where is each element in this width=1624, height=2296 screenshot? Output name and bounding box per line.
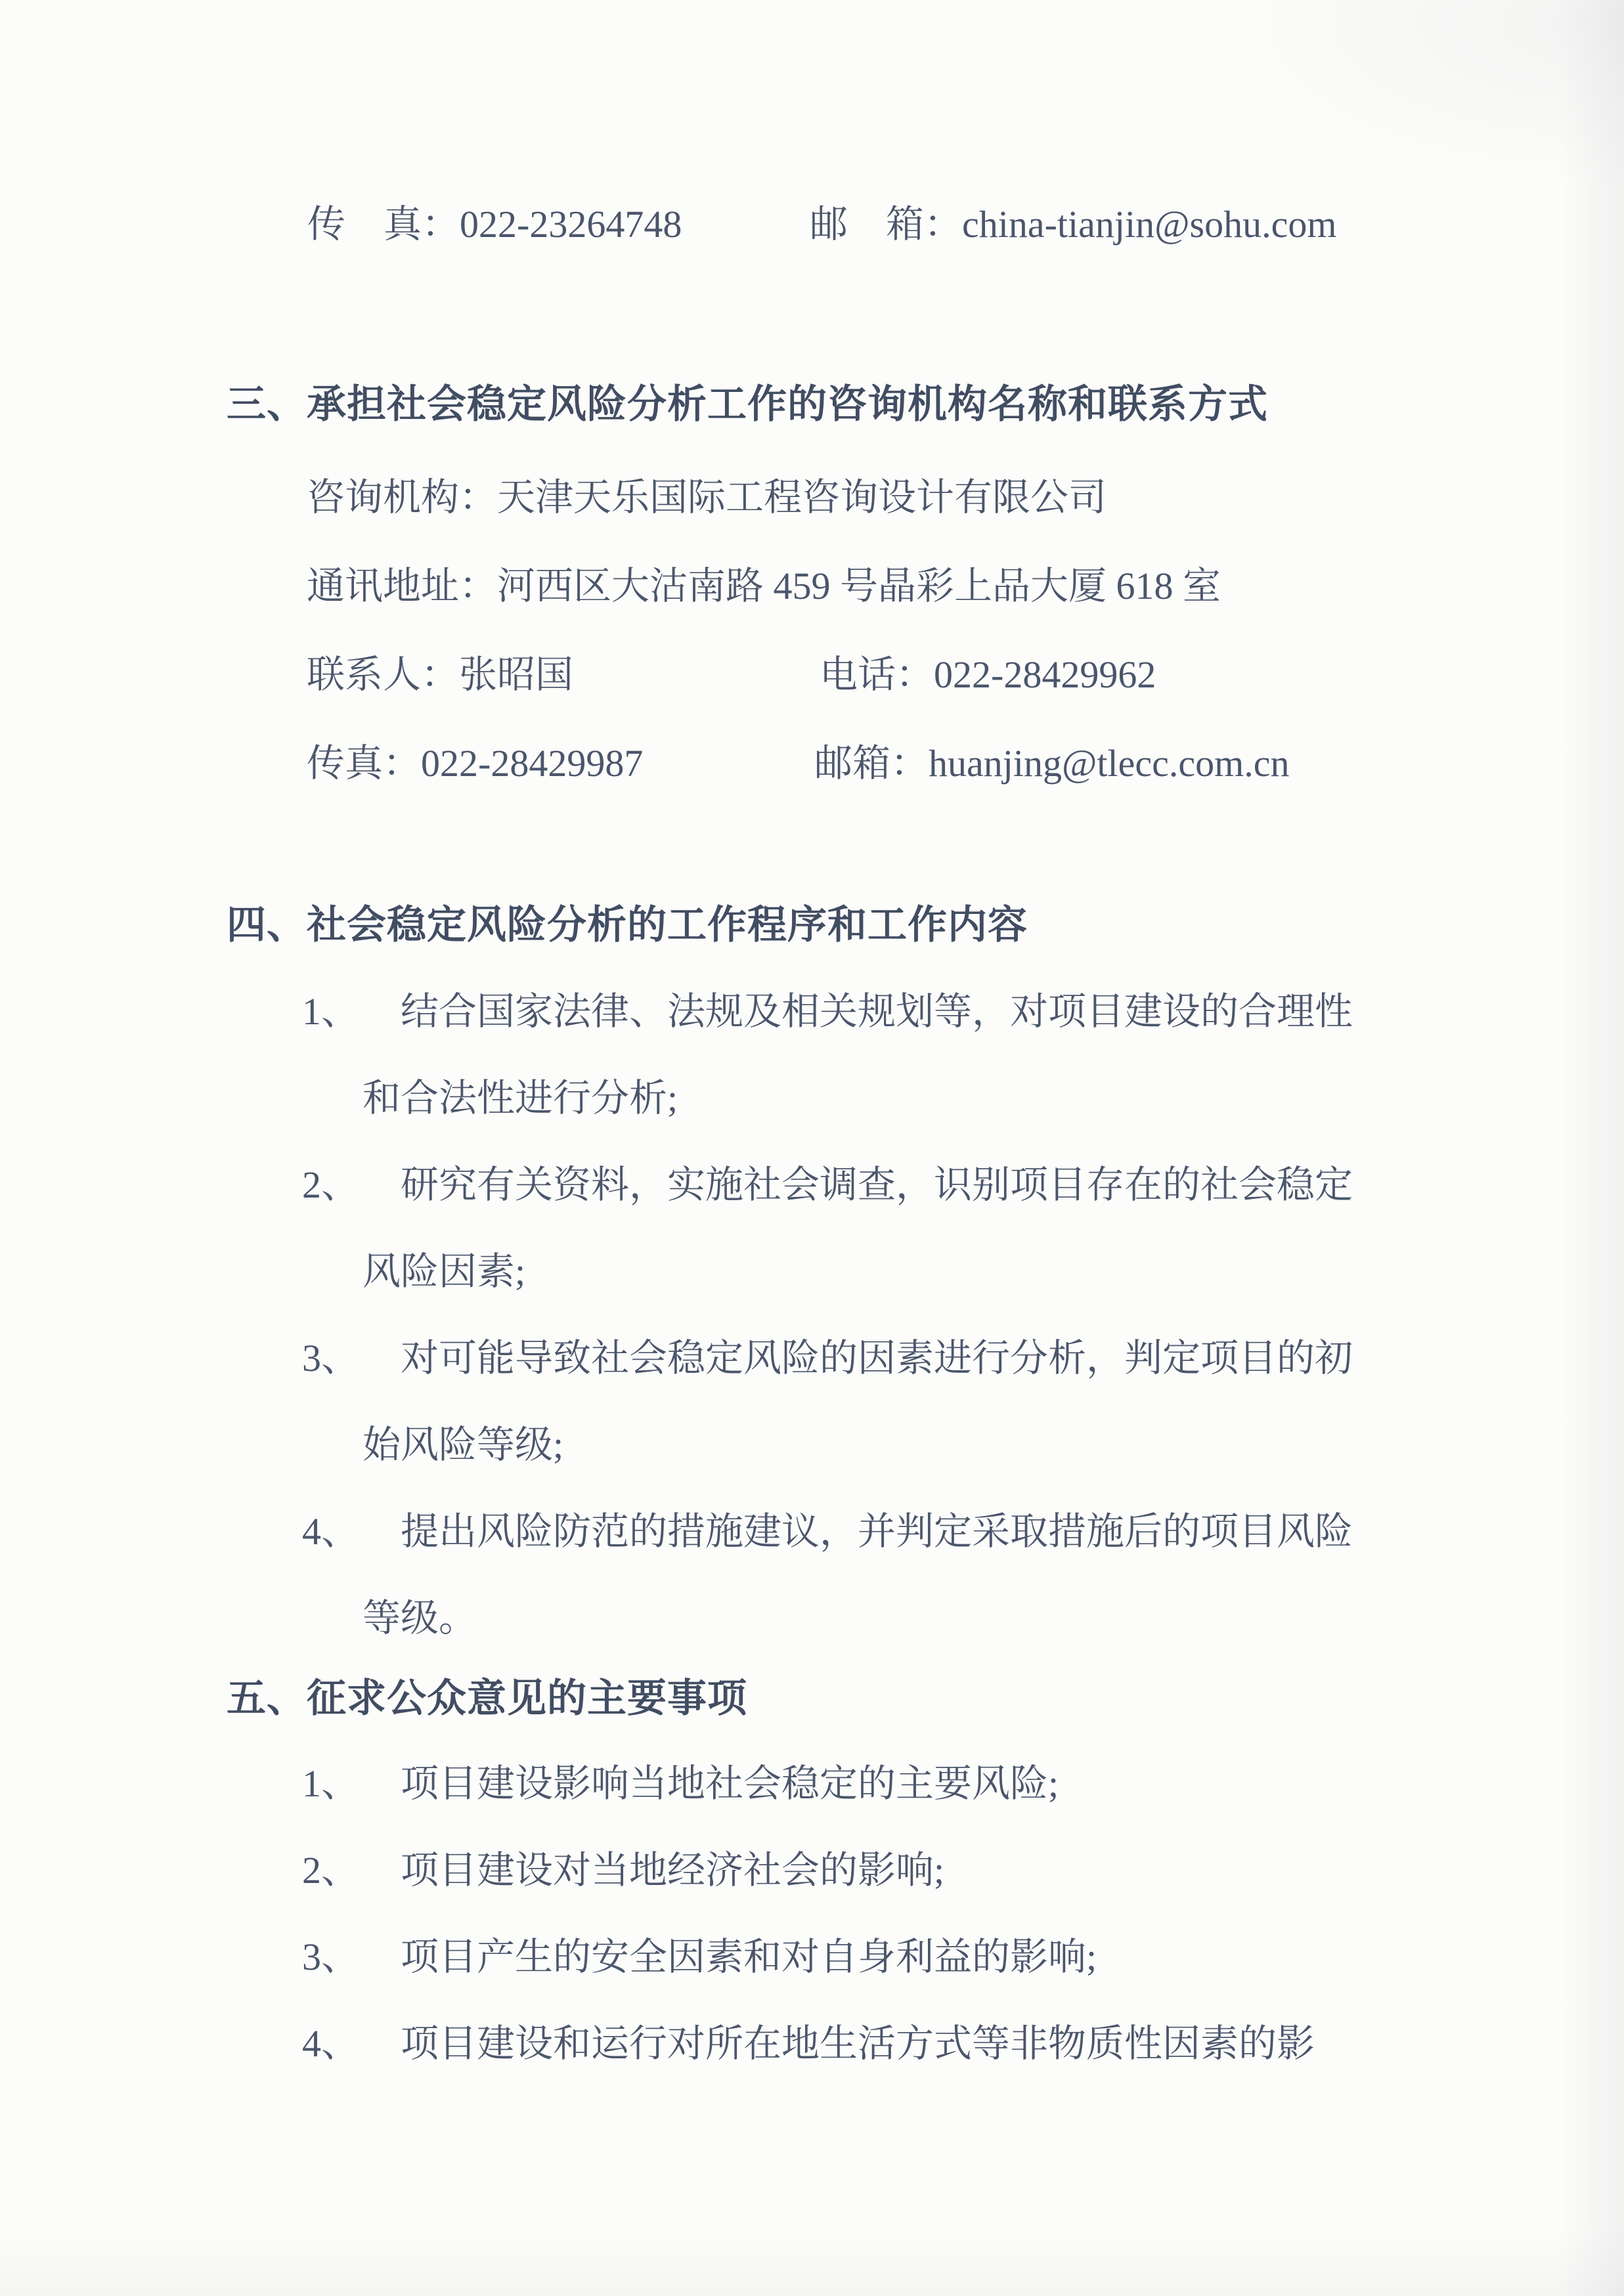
top-fax-label: 传 真：: [307, 203, 460, 246]
top-email-address: china-tianjin@sohu.com: [962, 203, 1336, 246]
contact-field: 联系人：张昭国: [307, 655, 573, 695]
phone-number: 022-28429962: [934, 653, 1156, 696]
contact-phone-row: 联系人：张昭国 电话：022-28429962: [0, 655, 1624, 701]
contact-label: 联系人：: [307, 653, 459, 696]
list-item: 3、项目产生的安全因素和对自身利益的影响;: [362, 1914, 1377, 2001]
list-item: 1、项目建设影响当地社会稳定的主要风险;: [362, 1741, 1377, 1827]
email-field: 邮箱：huanjing@tlecc.com.cn: [814, 744, 1289, 784]
list-item: 4、提出风险防范的措施建议，并判定采取措施后的项目风险等级。: [362, 1488, 1377, 1662]
list-item-text: 项目产生的安全因素和对自身利益的影响;: [401, 1936, 1097, 1978]
list-item: 4、项目建设和运行对所在地生活方式等非物质性因素的影: [362, 2001, 1377, 2087]
section-five-heading: 五、征求公众意见的主要事项: [227, 1678, 747, 1720]
list-item: 2、项目建设对当地经济社会的影响;: [362, 1827, 1377, 1914]
list-item-number: 3、: [302, 1315, 359, 1402]
top-fax-number: 022-23264748: [460, 203, 682, 246]
list-item-number: 1、: [302, 968, 359, 1055]
address-field: 通讯地址：河西区大沽南路 459 号晶彩上品大厦 618 室: [307, 567, 1221, 607]
list-item-text: 提出风险防范的措施建议，并判定采取措施后的项目风险等级。: [362, 1510, 1353, 1639]
document-page: 传 真：022-23264748 邮 箱：china-tianjin@sohu.…: [0, 0, 1624, 2296]
email-address: huanjing@tlecc.com.cn: [929, 742, 1289, 785]
fax-email-row: 传真：022-28429987 邮箱：huanjing@tlecc.com.cn: [0, 744, 1624, 790]
list-item-text: 结合国家法律、法规及相关规划等，对项目建设的合理性和合法性进行分析;: [362, 990, 1353, 1119]
list-item-number: 3、: [302, 1914, 359, 2001]
fax-label: 传真：: [307, 742, 421, 785]
agency-field: 咨询机构：天津天乐国际工程咨询设计有限公司: [307, 478, 1107, 518]
email-label: 邮箱：: [814, 742, 929, 785]
phone-label: 电话：: [820, 653, 934, 696]
fax-number: 022-28429987: [421, 742, 643, 785]
list-item-number: 2、: [302, 1827, 359, 1914]
address-value: 河西区大沽南路 459 号晶彩上品大厦 618 室: [497, 565, 1221, 607]
address-label: 通讯地址：: [307, 565, 497, 607]
fax-field: 传真：022-28429987: [307, 744, 643, 784]
top-email-label: 邮 箱：: [810, 203, 962, 246]
phone-field: 电话：022-28429962: [820, 655, 1156, 695]
list-item-text: 项目建设影响当地社会稳定的主要风险;: [401, 1762, 1059, 1805]
top-email-field: 邮 箱：china-tianjin@sohu.com: [810, 205, 1336, 245]
list-item-number: 2、: [302, 1142, 359, 1228]
list-item-number: 1、: [302, 1741, 359, 1827]
list-item: 2、研究有关资料，实施社会调查，识别项目存在的社会稳定风险因素;: [362, 1142, 1377, 1315]
list-item: 1、结合国家法律、法规及相关规划等，对项目建设的合理性和合法性进行分析;: [362, 968, 1377, 1142]
section-three-heading: 三、承担社会稳定风险分析工作的咨询机构名称和联系方式: [227, 384, 1268, 425]
address-row: 通讯地址：河西区大沽南路 459 号晶彩上品大厦 618 室: [0, 567, 1624, 613]
top-fax-field: 传 真：022-23264748: [307, 205, 682, 245]
list-item-number: 4、: [302, 2001, 359, 2087]
agency-label: 咨询机构：: [307, 476, 497, 519]
list-item-text: 项目建设对当地经济社会的影响;: [401, 1849, 944, 1892]
list-item: 3、对可能导致社会稳定风险的因素进行分析，判定项目的初始风险等级;: [362, 1315, 1377, 1488]
agency-name: 天津天乐国际工程咨询设计有限公司: [497, 476, 1107, 519]
section-four-heading: 四、社会稳定风险分析的工作程序和工作内容: [227, 905, 1028, 946]
agency-row: 咨询机构：天津天乐国际工程咨询设计有限公司: [0, 478, 1624, 524]
list-item-number: 4、: [302, 1488, 359, 1575]
contact-name: 张昭国: [459, 653, 573, 696]
list-item-text: 对可能导致社会稳定风险的因素进行分析，判定项目的初始风险等级;: [362, 1337, 1353, 1466]
list-item-text: 研究有关资料，实施社会调查，识别项目存在的社会稳定风险因素;: [362, 1163, 1353, 1293]
top-contact-row: 传 真：022-23264748 邮 箱：china-tianjin@sohu.…: [0, 205, 1624, 251]
list-item-text: 项目建设和运行对所在地生活方式等非物质性因素的影: [401, 2022, 1315, 2065]
